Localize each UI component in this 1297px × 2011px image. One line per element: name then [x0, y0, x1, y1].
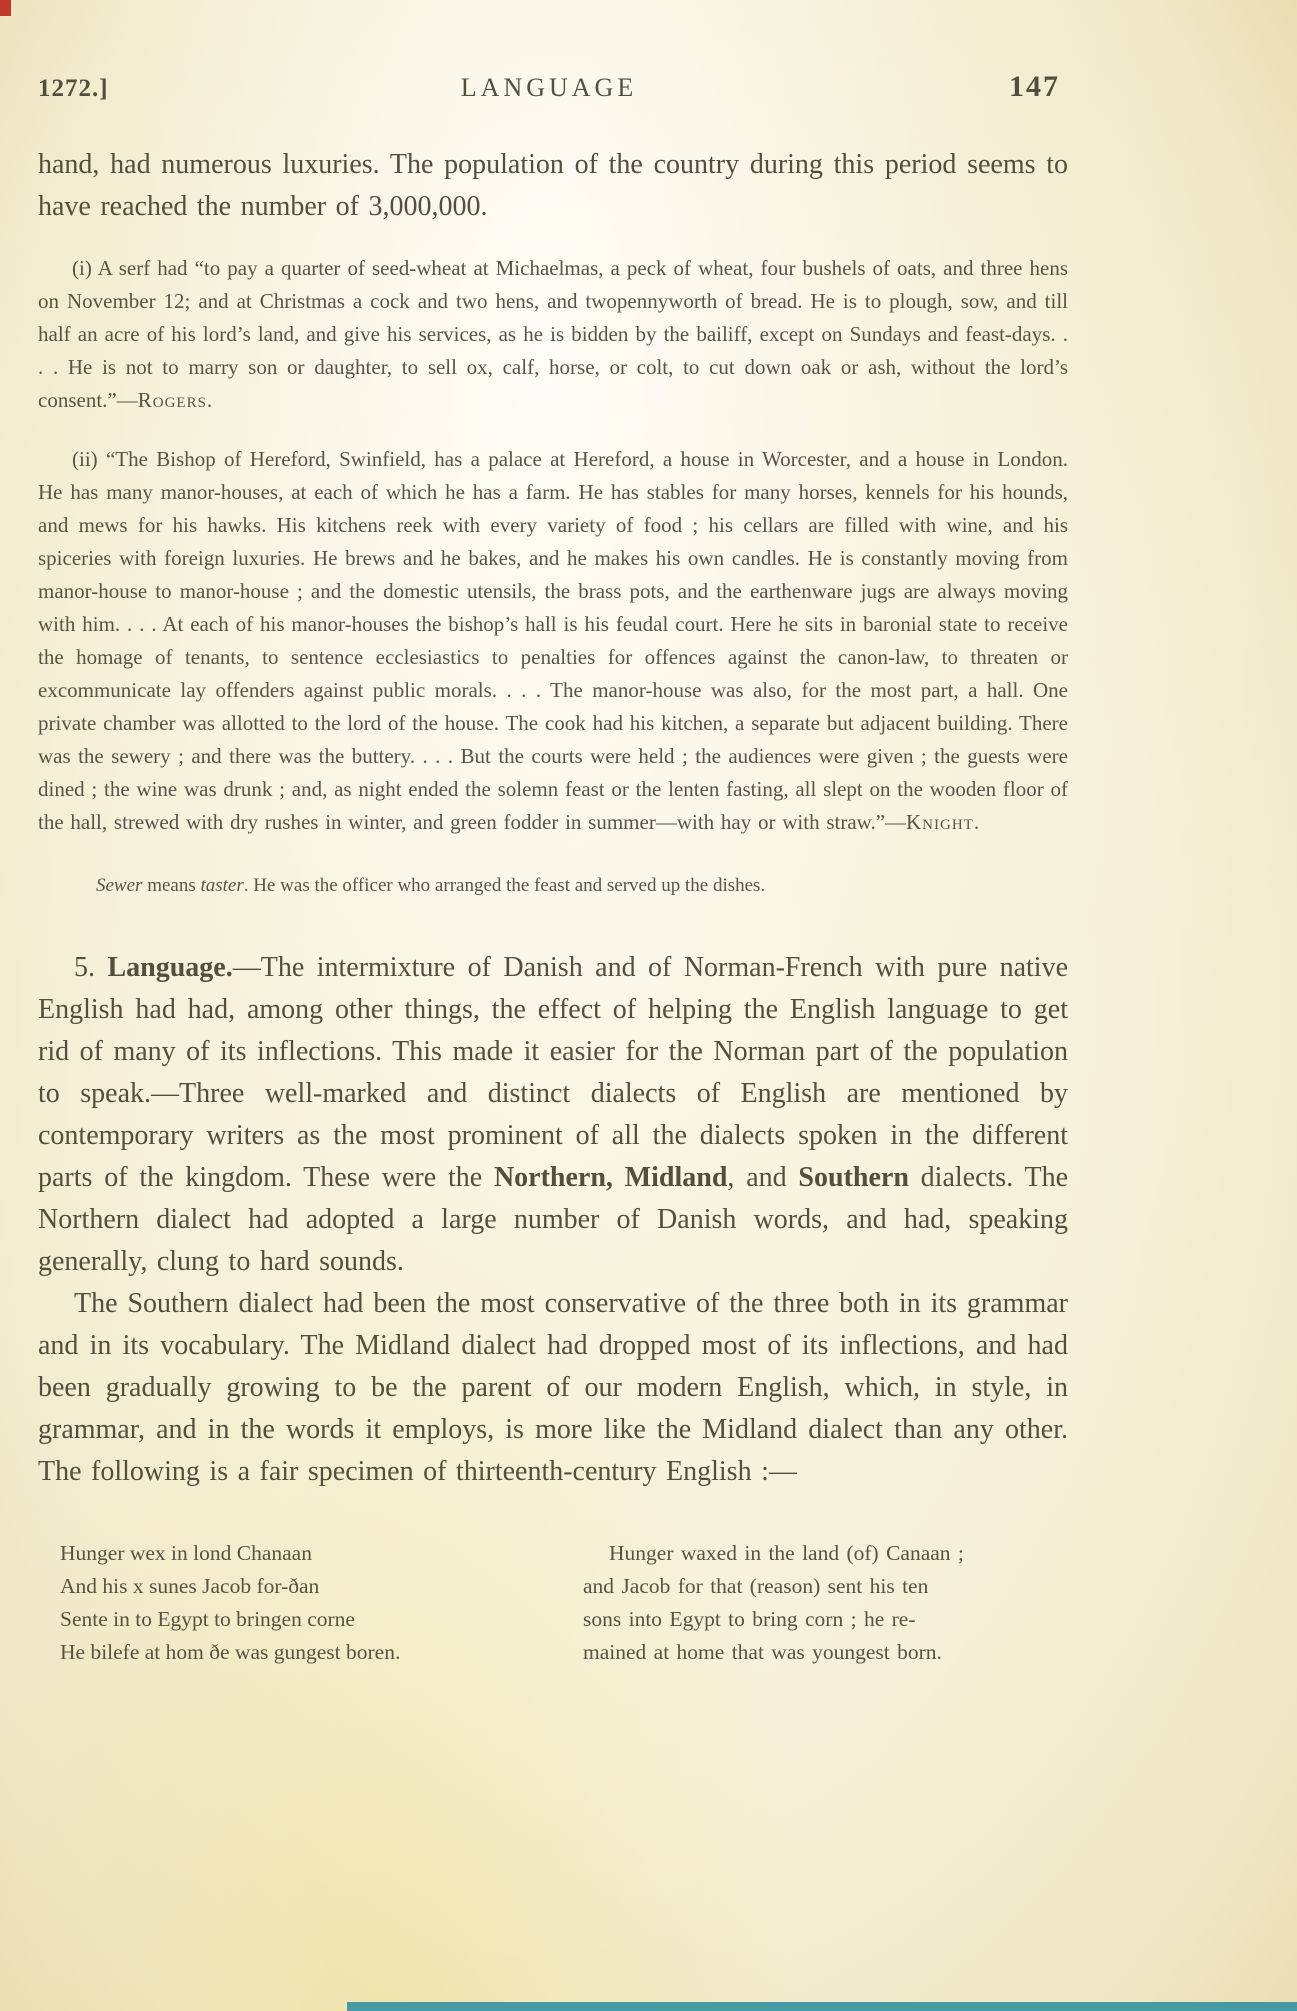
- scan-corner-mark: [0, 0, 11, 16]
- specimen-translation: Hunger waxed in the land (of) Canaan ; a…: [543, 1537, 1068, 1669]
- verse-line: And his x sunes Jacob for-ðan: [60, 1570, 543, 1603]
- page-number: 147: [860, 70, 1068, 104]
- paragraph-language: 5. Language.—The intermixture of Danish …: [38, 947, 1068, 1283]
- section-number: 5.: [74, 952, 107, 983]
- book-page: 1272.] LANGUAGE 147 hand, had numerous l…: [0, 0, 1297, 2011]
- footnote-rest: . He was the officer who arranged the fe…: [244, 875, 765, 896]
- footnote-term-sewer: Sewer: [96, 875, 142, 896]
- translation-line: Hunger waxed in the land (of) Canaan ;: [583, 1537, 1068, 1570]
- paragraph-intro: hand, had numerous luxuries. The populat…: [38, 144, 1068, 228]
- excerpt-serf-source: Rogers.: [138, 388, 213, 412]
- excerpt-bishop-text: (ii) “The Bishop of Hereford, Swinfield,…: [38, 447, 1068, 834]
- verse-line: Hunger wex in lond Chanaan: [60, 1537, 543, 1570]
- footnote-term-taster: taster: [200, 875, 243, 896]
- excerpt-bishop-source: Knight.: [906, 810, 980, 834]
- translation-line: sons into Egypt to bring corn ; he re-: [583, 1603, 1068, 1636]
- section-text-2: [613, 1162, 625, 1193]
- section-text-1: —The intermixture of Danish and of Norma…: [38, 952, 1068, 1193]
- scan-edge-strip: [347, 2002, 1297, 2011]
- paragraph-southern-dialect: The Southern dialect had been the most c…: [38, 1283, 1068, 1493]
- dialect-midland: Midland: [625, 1162, 728, 1193]
- specimen-middle-english: Hunger wex in lond Chanaan And his x sun…: [38, 1537, 543, 1669]
- page-header: 1272.] LANGUAGE 147: [38, 70, 1068, 104]
- dialect-northern: Northern,: [494, 1162, 613, 1193]
- folio-year: 1272.]: [38, 75, 238, 103]
- excerpt-serf: (i) A serf had “to pay a quarter of seed…: [38, 252, 1068, 417]
- footnote-sewer: Sewer means taster. He was the officer w…: [96, 873, 1068, 899]
- excerpt-bishop: (ii) “The Bishop of Hereford, Swinfield,…: [38, 443, 1068, 839]
- specimen-columns: Hunger wex in lond Chanaan And his x sun…: [38, 1537, 1068, 1669]
- running-title: LANGUAGE: [238, 73, 860, 103]
- dialect-southern: Southern: [798, 1162, 908, 1193]
- footnote-mid: means: [142, 875, 200, 896]
- verse-line: He bilefe at hom ðe was gungest boren.: [60, 1636, 543, 1669]
- translation-line: and Jacob for that (reason) sent his ten: [583, 1570, 1068, 1603]
- section-text-3: , and: [727, 1162, 798, 1193]
- page-content: 1272.] LANGUAGE 147 hand, had numerous l…: [38, 70, 1068, 1669]
- translation-line: mained at home that was youngest born.: [583, 1636, 1068, 1669]
- section-heading: Language.: [107, 952, 232, 983]
- verse-line: Sente in to Egypt to bringen corne: [60, 1603, 543, 1636]
